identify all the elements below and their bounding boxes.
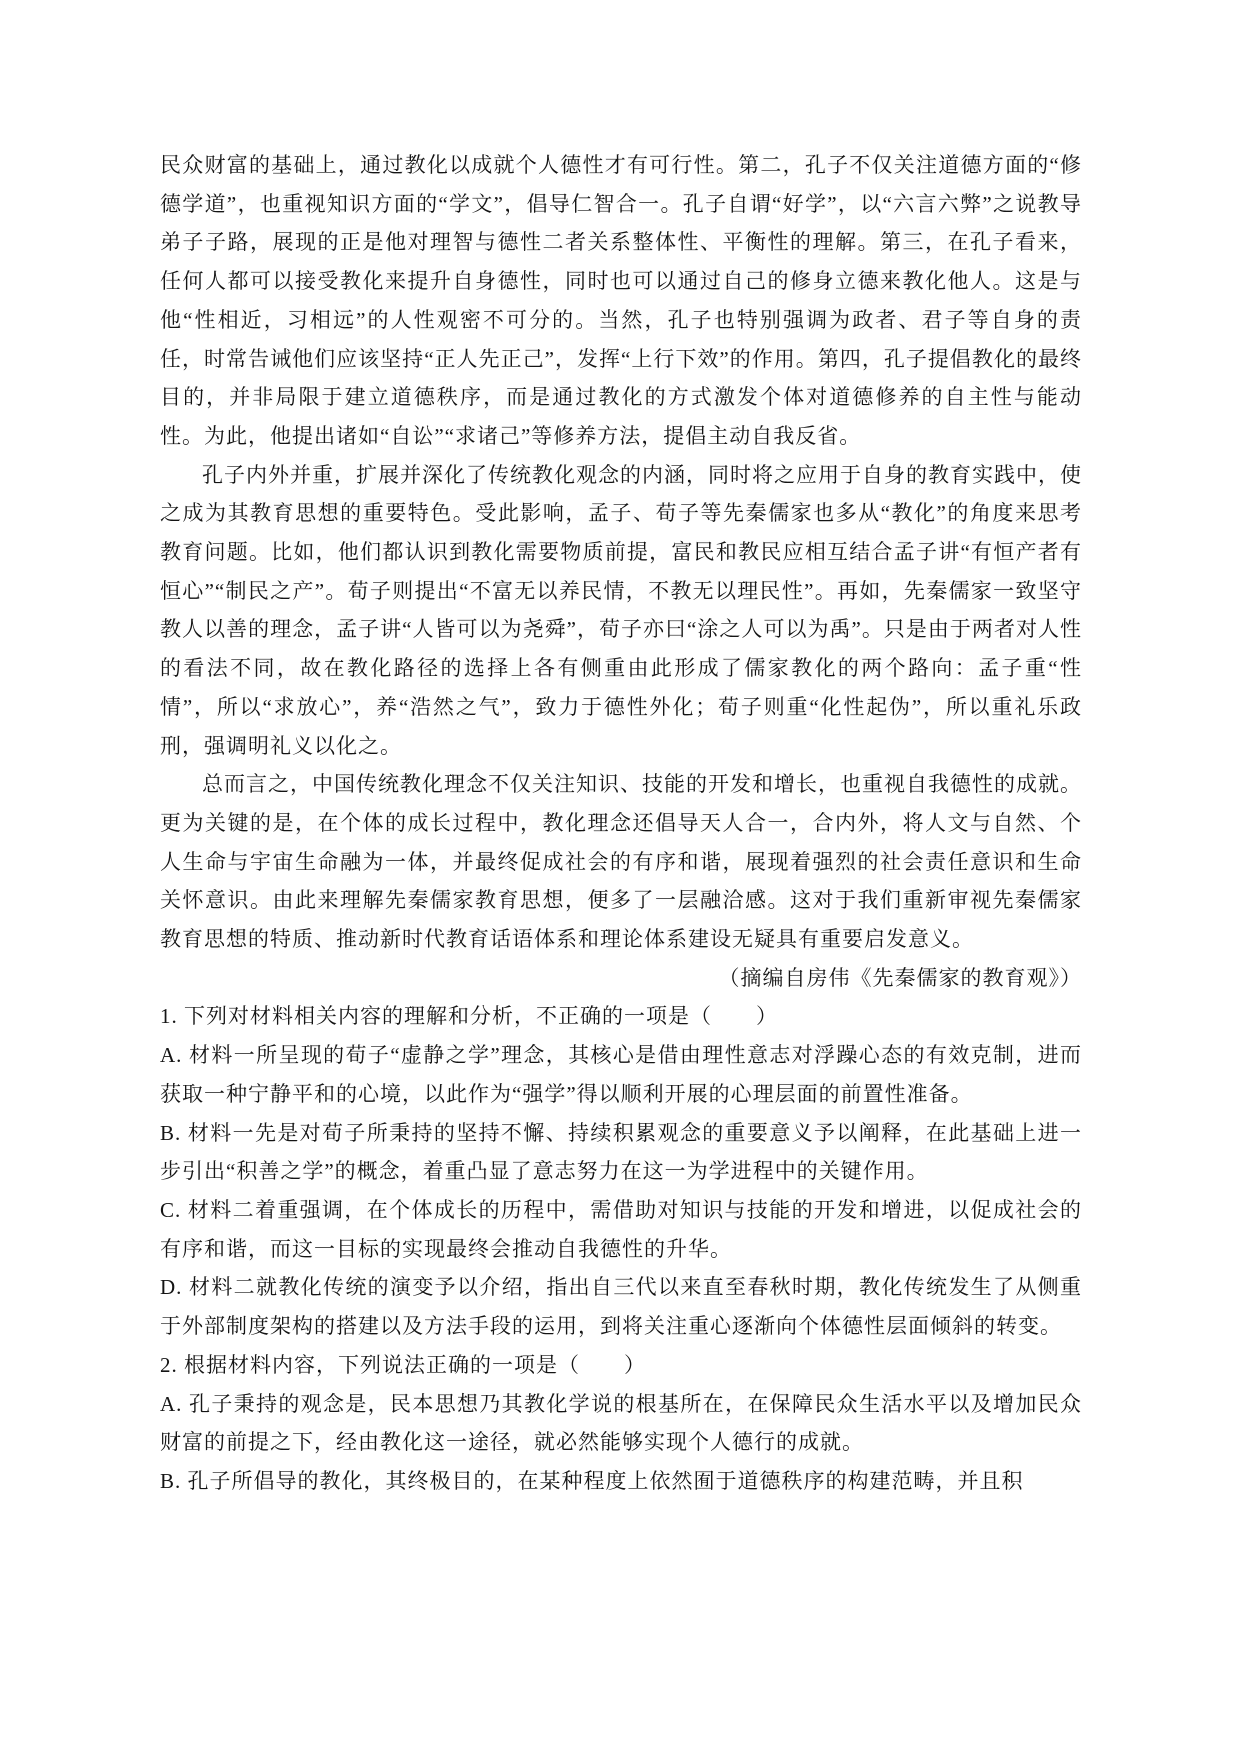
question-1-stem: 1. 下列对材料相关内容的理解和分析，不正确的一项是（ ） — [160, 997, 1082, 1036]
document-text-block: 民众财富的基础上，通过教化以成就个人德性才有可行性。第二，孔子不仅关注道德方面的… — [160, 146, 1082, 1501]
question-2-option-b-truncated: B. 孔子所倡导的教化，其终极目的，在某种程度上依然囿于道德秩序的构建范畴，并且… — [160, 1462, 1082, 1501]
question-1-option-b: B. 材料一先是对荀子所秉持的坚持不懈、持续积累观念的重要意义予以阐释，在此基础… — [160, 1114, 1082, 1191]
question-2-option-a: A. 孔子秉持的观念是，民本思想乃其教化学说的根基所在，在保障民众生活水平以及增… — [160, 1385, 1082, 1462]
question-1-option-c: C. 材料二着重强调，在个体成长的历程中，需借助对知识与技能的开发和增进，以促成… — [160, 1191, 1082, 1268]
question-2-stem: 2. 根据材料内容，下列说法正确的一项是（ ） — [160, 1346, 1082, 1385]
source-attribution: （摘编自房伟《先秦儒家的教育观》） — [160, 959, 1082, 998]
exam-paper-page: 民众财富的基础上，通过教化以成就个人德性才有可行性。第二，孔子不仅关注道德方面的… — [0, 0, 1240, 1754]
body-paragraph-2: 孔子内外并重，扩展并深化了传统教化观念的内涵，同时将之应用于自身的教育实践中，使… — [160, 456, 1082, 766]
question-1-option-d: D. 材料二就教化传统的演变予以介绍，指出自三代以来直至春秋时期，教化传统发生了… — [160, 1268, 1082, 1345]
body-paragraph-continuation: 民众财富的基础上，通过教化以成就个人德性才有可行性。第二，孔子不仅关注道德方面的… — [160, 146, 1082, 456]
body-paragraph-3: 总而言之，中国传统教化理念不仅关注知识、技能的开发和增长，也重视自我德性的成就。… — [160, 765, 1082, 959]
question-1-option-a: A. 材料一所呈现的荀子“虚静之学”理念，其核心是借由理性意志对浮躁心态的有效克… — [160, 1036, 1082, 1113]
